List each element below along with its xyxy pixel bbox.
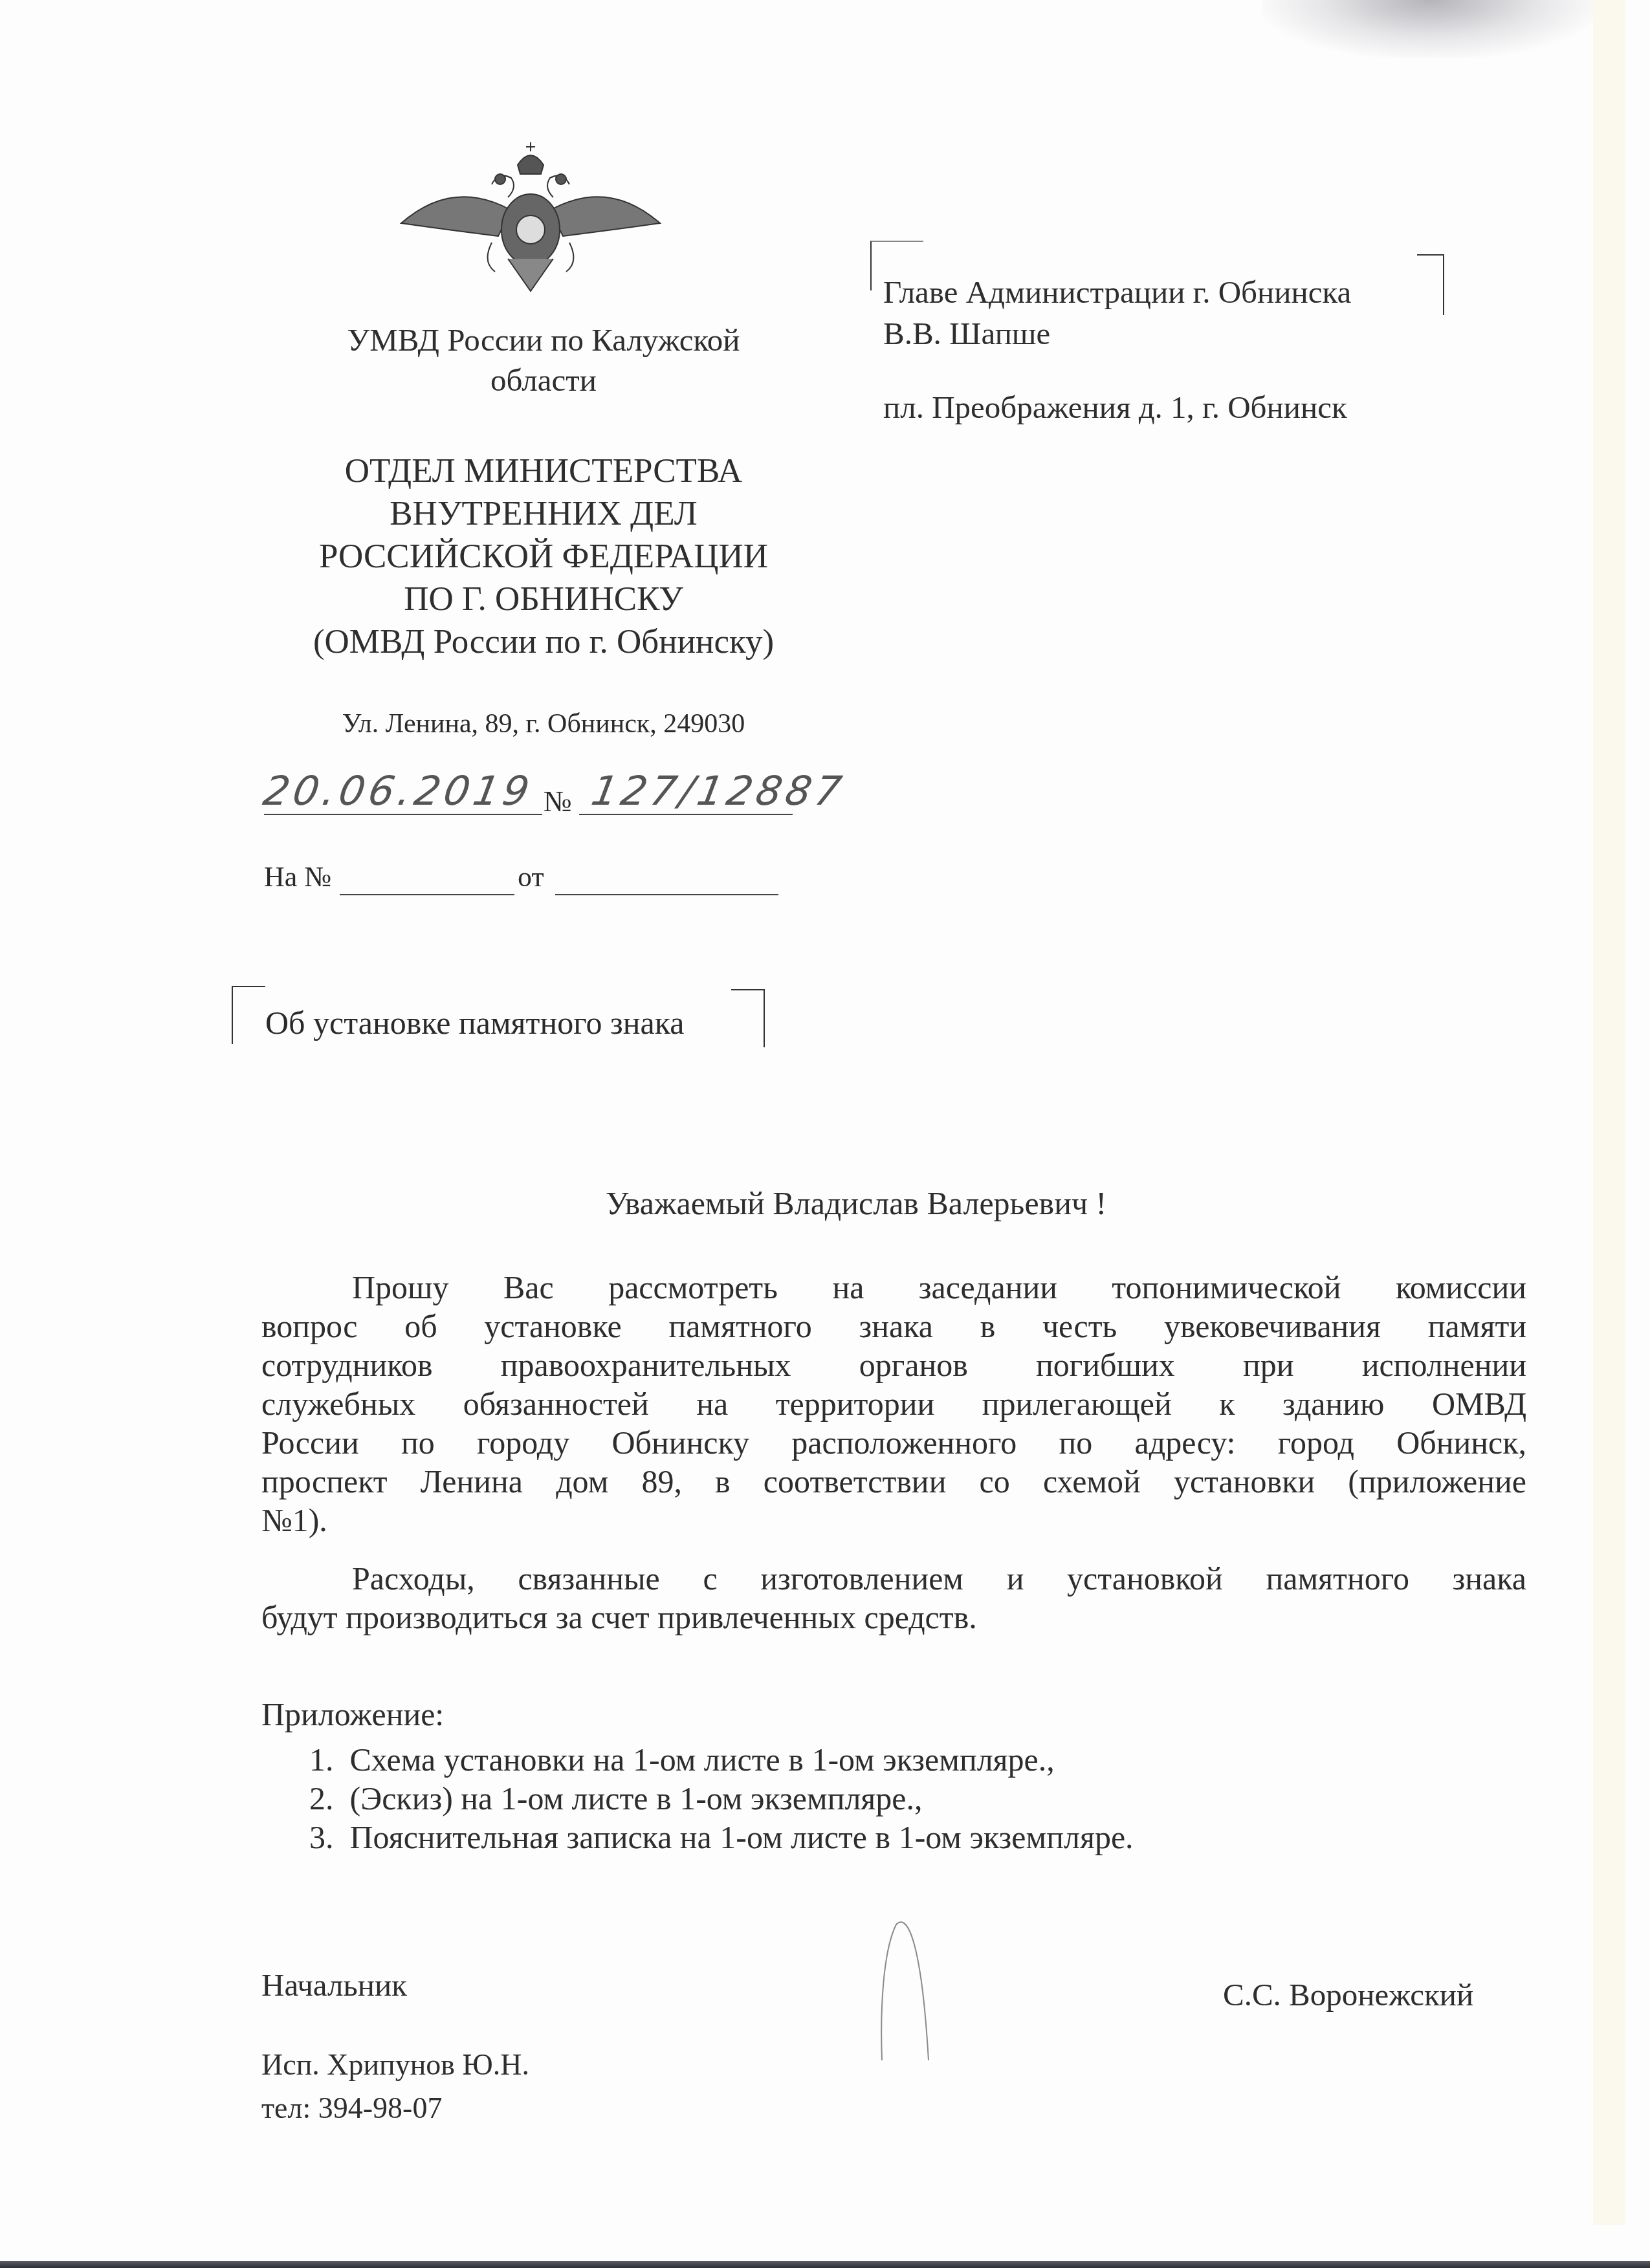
subject-bracket-right bbox=[731, 989, 765, 1047]
attachment-number: 1. bbox=[309, 1741, 334, 1778]
paragraph-2-line-1: Расходы, связанные с изготовлением и уст… bbox=[261, 1559, 1526, 1598]
executor-phone: тел: 394-98-07 bbox=[261, 2091, 442, 2125]
recipient-bracket-right bbox=[1417, 254, 1444, 315]
attachments-list: 1. Схема установки на 1-ом листе в 1-ом … bbox=[309, 1740, 1134, 1857]
paragraph-1-line-5: России по городу Обнинску расположенного… bbox=[261, 1423, 1526, 1462]
number-label: № bbox=[544, 784, 572, 818]
scan-bottom-edge bbox=[0, 2261, 1650, 2268]
ref-label: На № bbox=[264, 860, 331, 893]
signatory-position: Начальник bbox=[261, 1967, 407, 2003]
department-line-2: ВНУТРЕННИХ ДЕЛ bbox=[246, 492, 841, 535]
subject-bracket-left bbox=[232, 986, 265, 1044]
number-field: 127/12887 bbox=[579, 775, 793, 815]
department-line-1: ОТДЕЛ МИНИСТЕРСТВА bbox=[246, 450, 841, 492]
department-line-3: РОССИЙСКОЙ ФЕДЕРАЦИИ bbox=[246, 535, 841, 578]
scan-artifact-smudge bbox=[1262, 0, 1598, 58]
sender-region-office: УМВД России по Калужской области bbox=[259, 320, 828, 400]
paragraph-1-line-2: вопрос об установке памятного знака в че… bbox=[261, 1307, 1526, 1346]
recipient-title: Главе Администрации г. Обнинска bbox=[883, 272, 1351, 313]
paragraph-1-line-4: служебных обязанностей на территории при… bbox=[261, 1384, 1526, 1423]
sender-address: Ул. Ленина, 89, г. Обнинск, 249030 bbox=[246, 708, 841, 739]
sender-department: ОТДЕЛ МИНИСТЕРСТВА ВНУТРЕННИХ ДЕЛ РОССИЙ… bbox=[246, 450, 841, 663]
ref-date-blank bbox=[555, 866, 778, 895]
attachment-item: 3. Пояснительная записка на 1-ом листе в… bbox=[309, 1818, 1134, 1857]
attachment-item: 1. Схема установки на 1-ом листе в 1-ом … bbox=[309, 1740, 1134, 1779]
attachment-text: (Эскиз) на 1-ом листе в 1-ом экземпляре.… bbox=[350, 1780, 923, 1816]
signatory-name: С.С. Воронежский bbox=[1223, 1976, 1473, 2013]
department-line-4: ПО Г. ОБНИНСКУ bbox=[246, 578, 841, 620]
department-line-5: (ОМВД России по г. Обнинску) bbox=[246, 620, 841, 663]
executor-name: Исп. Хрипунов Ю.Н. bbox=[261, 2047, 529, 2082]
paragraph-1-line-6: проспект Ленина дом 89, в соответствии с… bbox=[261, 1462, 1526, 1501]
body-paragraph-2: Расходы, связанные с изготовлением и уст… bbox=[261, 1559, 1526, 1637]
ref-number-blank bbox=[340, 866, 514, 895]
attachment-text: Схема установки на 1-ом листе в 1-ом экз… bbox=[350, 1741, 1055, 1778]
scan-edge-strip bbox=[1593, 0, 1625, 2225]
ref-from-label: от bbox=[518, 860, 544, 893]
recipient-name: В.В. Шапше bbox=[883, 313, 1351, 354]
number-handwritten: 127/12887 bbox=[588, 767, 849, 814]
handwritten-signature-icon bbox=[877, 1912, 935, 2067]
region-office-line-1: УМВД России по Калужской bbox=[259, 320, 828, 360]
paragraph-1-line-1: Прошу Вас рассмотреть на заседании топон… bbox=[261, 1268, 1526, 1307]
paragraph-2-line-2: будут производиться за счет привлеченных… bbox=[261, 1598, 1526, 1637]
region-office-line-2: области bbox=[259, 360, 828, 400]
mvd-emblem-icon bbox=[395, 139, 666, 294]
subject-line: Об установке памятного знака bbox=[265, 1004, 684, 1041]
body-paragraph-1: Прошу Вас рассмотреть на заседании топон… bbox=[261, 1268, 1526, 1540]
paragraph-1-line-7: №1). bbox=[261, 1501, 1526, 1540]
attachment-number: 2. bbox=[309, 1780, 334, 1816]
attachment-item: 2. (Эскиз) на 1-ом листе в 1-ом экземпля… bbox=[309, 1779, 1134, 1818]
attachment-number: 3. bbox=[309, 1819, 334, 1855]
date-handwritten: 20.06.2019 bbox=[260, 767, 537, 814]
attachments-title: Приложение: bbox=[261, 1695, 444, 1734]
attachment-text: Пояснительная записка на 1-ом листе в 1-… bbox=[350, 1819, 1134, 1855]
recipient-block: Главе Администрации г. Обнинска В.В. Шап… bbox=[883, 272, 1351, 428]
recipient-address: пл. Преображения д. 1, г. Обнинск bbox=[883, 387, 1351, 428]
date-field: 20.06.2019 bbox=[264, 775, 542, 815]
paragraph-1-line-3: сотрудников правоохранительных органов п… bbox=[261, 1346, 1526, 1384]
greeting: Уважаемый Владислав Валерьевич ! bbox=[606, 1184, 1106, 1223]
